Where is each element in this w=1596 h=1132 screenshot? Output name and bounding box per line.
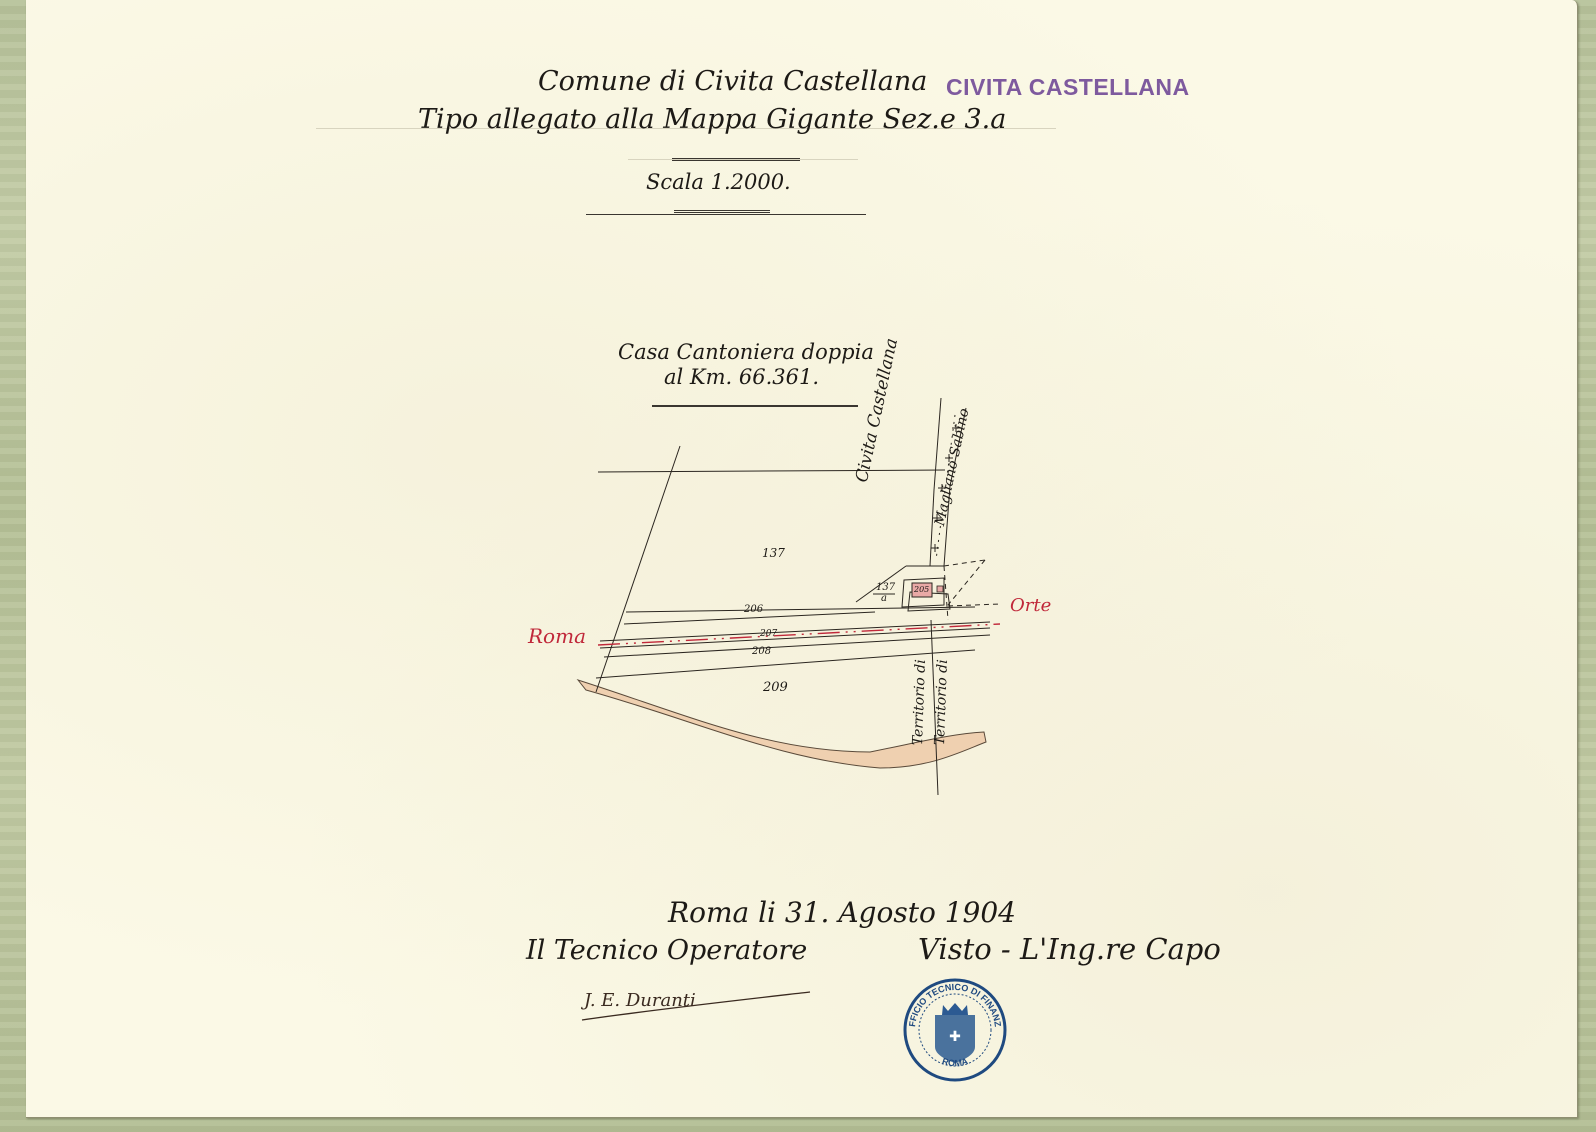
svg-text:✚: ✚ xyxy=(949,1029,961,1045)
official-seal: ✚ UFFICIO TECNICO DI FINANZA ROMA xyxy=(900,975,1010,1085)
signature-flourish xyxy=(0,0,1596,1132)
